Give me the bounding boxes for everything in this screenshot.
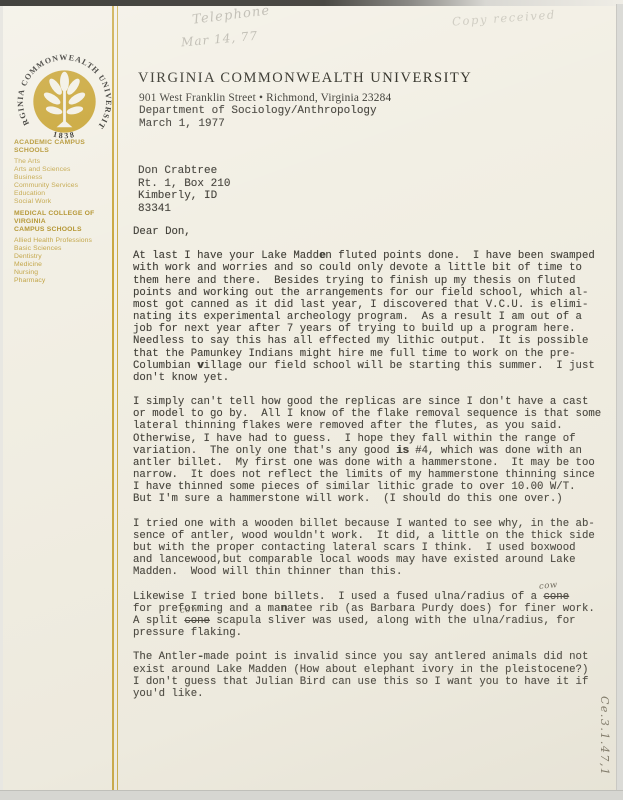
university-name: VIRGINIA COMMONWEALTH UNIVERSITY — [138, 70, 472, 87]
scan-edge-bottom — [0, 790, 623, 800]
list-item: Community Services — [14, 182, 112, 190]
letter-line: The Antler-made point is invalid since y… — [133, 651, 619, 663]
handwritten-correction: cow — [539, 581, 558, 591]
letter-text: lateral thinning flakes were removed aft… — [133, 420, 563, 432]
pencil-note-telephone: Telephone — [191, 3, 271, 27]
letter-text: Otherwise, I have had to guess. I hope t… — [133, 433, 576, 445]
letter-text: nating its experimental archeology progr… — [133, 311, 582, 323]
paragraph-5: The Antler-made point is invalid since y… — [133, 651, 619, 700]
list-item: 83341 — [138, 203, 230, 216]
scan-edge-top — [0, 0, 623, 6]
recipient-address: Don CrabtreeRt. 1, Box 210Kimberly, ID83… — [138, 165, 230, 215]
pencil-note-top-right: Copy received — [452, 7, 557, 28]
letter-line: variation. The only one that's any good … — [133, 445, 619, 457]
list-item: Arts and Sciences — [14, 166, 112, 174]
letter-line: Likewise I tried bone billets. I used a … — [133, 591, 619, 603]
list-item: Don Crabtree — [138, 165, 230, 178]
letter-line: Needless to say this has all effected my… — [133, 335, 619, 347]
letter-line: I don't guess that Julian Bird can use t… — [133, 676, 619, 688]
list-item: Kimberly, ID — [138, 190, 230, 203]
letter-line: pressure flaking. — [133, 627, 619, 639]
academic-schools-list: The ArtsArts and SciencesBusinessCommuni… — [14, 158, 112, 206]
letter-text: with work and worries and so could only … — [133, 262, 582, 274]
letter-line: job for next year after 7 years of tryin… — [133, 323, 619, 335]
letter-text: scapula sliver was used, along with the … — [210, 615, 576, 627]
letter-line: Dear Don, — [133, 226, 619, 238]
letter-text: don't know yet. — [133, 372, 229, 384]
letter-text: But I'm sure a hammerstone will work. (I… — [133, 493, 563, 505]
department-line: Department of Sociology/Anthropology — [139, 105, 377, 117]
letter-text: job for next year after 7 years of tryin… — [133, 323, 576, 335]
letter-text: and lancewood,but comparable local woods… — [133, 554, 576, 566]
letter-line: narrow. It does not reflect the limits o… — [133, 469, 619, 481]
campus-schools-sidebar: ACADEMIC CAMPUS SCHOOLS The ArtsArts and… — [14, 139, 112, 285]
letter-line: nating its experimental archeology progr… — [133, 311, 619, 323]
salutation: Dear Don, — [133, 226, 619, 238]
letter-text: them here and there. Besides trying to f… — [133, 275, 576, 287]
list-item: Dentistry — [14, 253, 112, 261]
gold-rule-inner — [117, 6, 119, 790]
letter-body: Dear Don,At last I have your Lake Madden… — [133, 226, 619, 712]
letter-text: I don't guess that Julian Bird can use t… — [133, 676, 588, 688]
list-item: Nursing — [14, 269, 112, 277]
medical-schools-header-line1: MEDICAL COLLEGE OF VIRGINIA — [14, 210, 112, 226]
letter-line: Columbian village our field school will … — [133, 360, 619, 372]
letter-line: But I'm sure a hammerstone will work. (I… — [133, 493, 619, 505]
letter-line: I tried one with a wooden billet because… — [133, 518, 619, 530]
letter-line: I have thinned some pieces of similar li… — [133, 481, 619, 493]
letter-line: A split conecow scapula sliver was used,… — [133, 615, 619, 627]
letter-line: lateral thinning flakes were removed aft… — [133, 420, 619, 432]
list-item: Social Work — [14, 198, 112, 206]
list-item: Pharmacy — [14, 277, 112, 285]
letter-text: Likewise I tried bone billets. I used a … — [133, 591, 543, 603]
letter-text: sence of antler, wood wouldn't work. It … — [133, 530, 595, 542]
paragraph-2: I simply can't tell how good the replica… — [133, 396, 619, 505]
list-item: Allied Health Professions — [14, 237, 112, 245]
letter-line: points and working out the arrangements … — [133, 287, 619, 299]
scanned-letter-page: { "scan_annotations": { "pencil_note_lin… — [0, 0, 623, 800]
letter-line: them here and there. Besides trying to f… — [133, 275, 619, 287]
letter-text: I simply can't tell how good the replica… — [133, 396, 588, 408]
letter-text: atee rib (as Barbara Purdy does) for fin… — [287, 603, 595, 615]
letter-text: but with the proper contacting lateral s… — [133, 542, 576, 554]
letter-line: Madden. Wood will thin thinner than this… — [133, 566, 619, 578]
letter-text: I tried one with a wooden billet because… — [133, 518, 595, 530]
letter-line: but with the proper contacting lateral s… — [133, 542, 619, 554]
letter-line: Otherwise, I have had to guess. I hope t… — [133, 433, 619, 445]
letter-text: that the Pamunkey Indians might hire me … — [133, 348, 576, 360]
pencil-note-date: Mar 14, 77 — [181, 29, 259, 50]
letter-line: antler billet. My first one was done wit… — [133, 457, 619, 469]
letter-text: exist around Lake Madden (How about elep… — [133, 664, 588, 676]
letter-text: illage our field school will be starting… — [204, 360, 595, 372]
letter-date: March 1, 1977 — [139, 118, 225, 130]
list-item: Education — [14, 190, 112, 198]
list-item: Medicine — [14, 261, 112, 269]
letter-text: most got canned as it did last year, I d… — [133, 299, 588, 311]
letter-line: or model to go by. All I know of the fla… — [133, 408, 619, 420]
medical-schools-list: Allied Health ProfessionsBasic SciencesD… — [14, 237, 112, 285]
letter-text: antler billet. My first one was done wit… — [133, 457, 595, 469]
letter-line: you'd like. — [133, 688, 619, 700]
letter-text: for preforming and a ma — [133, 603, 281, 615]
letter-line: that the Pamunkey Indians might hire me … — [133, 348, 619, 360]
letter-line: for preforming and a manatee rib (as Bar… — [133, 603, 619, 615]
letter-text: pressure flaking. — [133, 627, 242, 639]
handwritten-correction: cow — [180, 605, 199, 615]
letter-text: or model to go by. All I know of the fla… — [133, 408, 601, 420]
letter-text: Needless to say this has all effected my… — [133, 335, 588, 347]
paragraph-3: I tried one with a wooden billet because… — [133, 518, 619, 579]
scan-edge-left — [0, 6, 3, 792]
paragraph-4: Likewise I tried bone billets. I used a … — [133, 591, 619, 640]
letter-line: don't know yet. — [133, 372, 619, 384]
letter-text: made point is invalid since you say antl… — [204, 651, 589, 663]
letter-text: #4, which was done with an — [409, 445, 582, 457]
letter-line: I simply can't tell how good the replica… — [133, 396, 619, 408]
university-address: 901 West Franklin Street • Richmond, Vir… — [139, 92, 391, 104]
letter-text: I have thinned some pieces of similar li… — [133, 481, 576, 493]
letter-line: most got canned as it did last year, I d… — [133, 299, 619, 311]
letter-text: n fluted points done. I have been swampe… — [325, 250, 594, 262]
letter-line: with work and worries and so could only … — [133, 262, 619, 274]
list-item: The Arts — [14, 158, 112, 166]
letter-line: At last I have your Lake Madden fluted p… — [133, 250, 619, 262]
list-item: Basic Sciences — [14, 245, 112, 253]
letter-line: exist around Lake Madden (How about elep… — [133, 664, 619, 676]
letter-text: Madden. Wood will thin thinner than this… — [133, 566, 402, 578]
letter-text: Dear Don, — [133, 226, 191, 238]
vcu-seal-icon: VIRGINIA COMMONWEALTH UNIVERSITY 1838 — [15, 52, 114, 151]
letter-text: At last I have your Lake Madd — [133, 250, 319, 262]
list-item: Rt. 1, Box 210 — [138, 178, 230, 191]
letter-text: points and working out the arrangements … — [133, 287, 588, 299]
letter-text: you'd like. — [133, 688, 204, 700]
academic-schools-header: ACADEMIC CAMPUS SCHOOLS — [14, 139, 112, 155]
letter-text: The Antler — [133, 651, 197, 663]
letter-text: A split — [133, 615, 184, 627]
letter-text: narrow. It does not reflect the limits o… — [133, 469, 595, 481]
list-item: Business — [14, 174, 112, 182]
struck-word: conecow — [184, 615, 210, 627]
letter-text: is — [396, 445, 409, 457]
letter-text: Columbian — [133, 360, 197, 372]
paragraph-1: At last I have your Lake Madden fluted p… — [133, 250, 619, 384]
letter-text: variation. The only one that's any good — [133, 445, 396, 457]
letter-line: and lancewood,but comparable local woods… — [133, 554, 619, 566]
letter-line: sence of antler, wood wouldn't work. It … — [133, 530, 619, 542]
medical-schools-header-line2: CAMPUS SCHOOLS — [14, 226, 112, 234]
struck-word: conecow — [543, 591, 569, 603]
